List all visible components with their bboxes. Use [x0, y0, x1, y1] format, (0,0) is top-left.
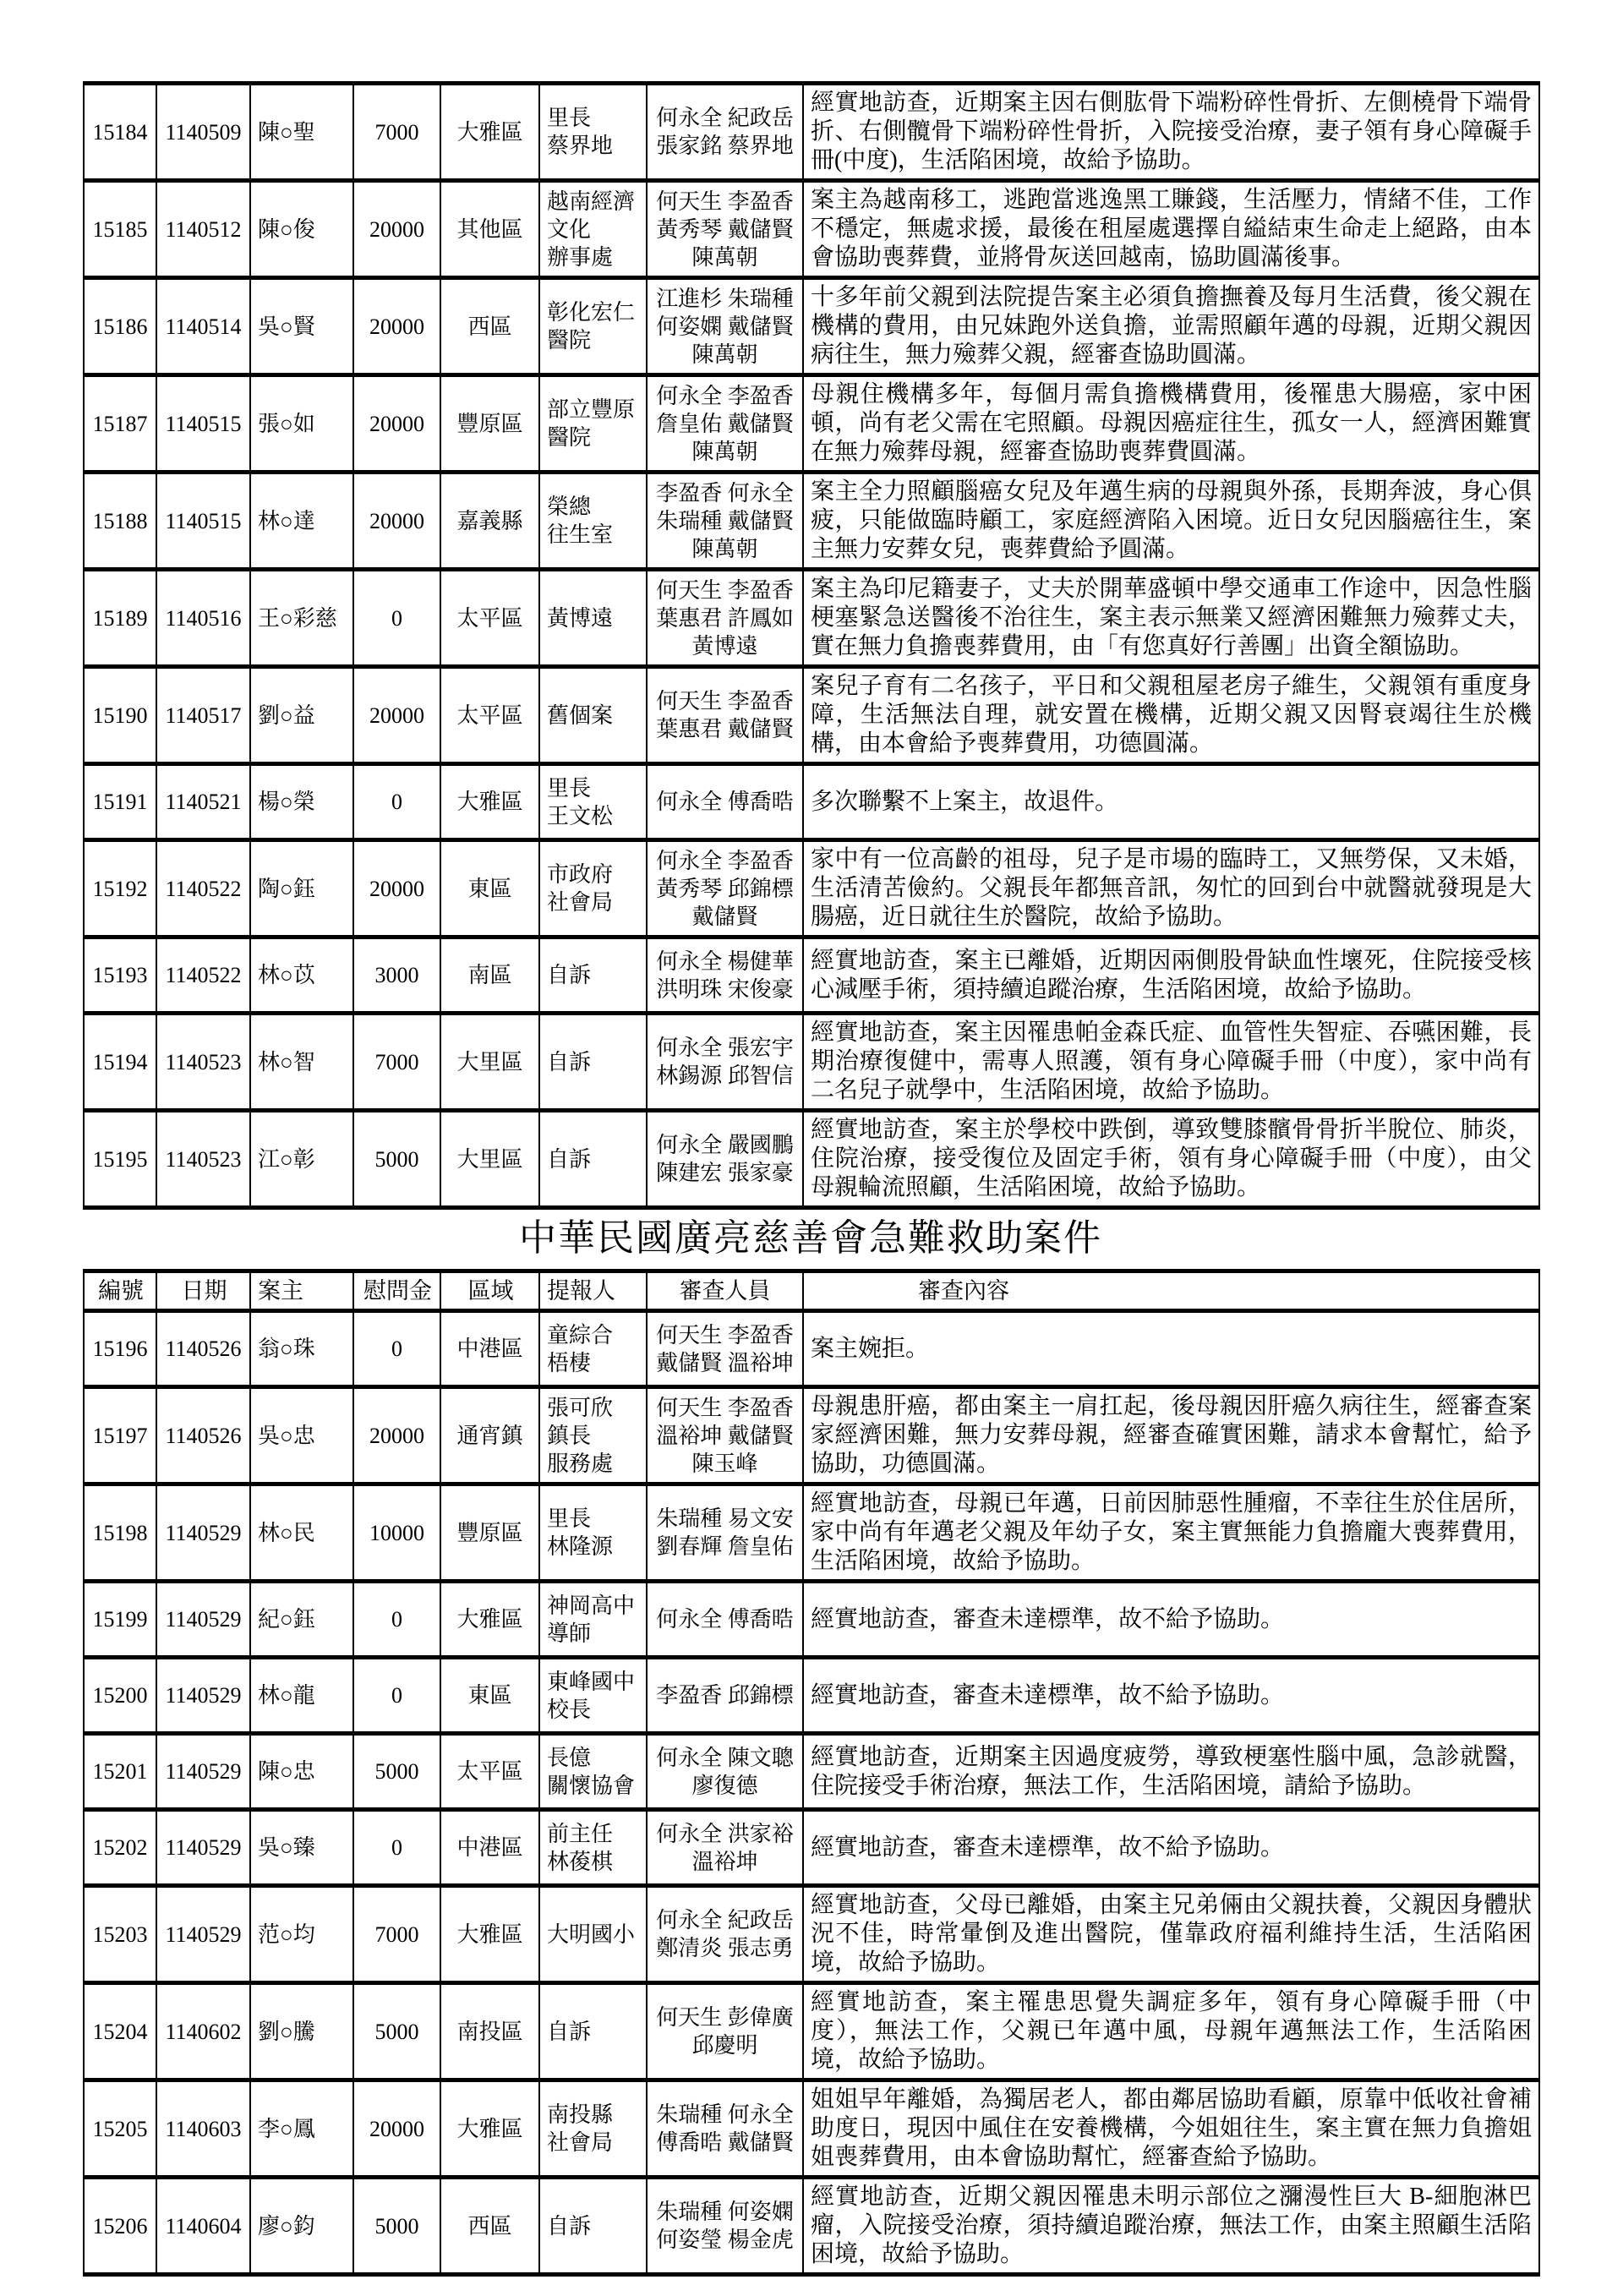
case-reviewers: 何天生 李盈香戴儲賢 溫裕坤: [647, 1311, 803, 1387]
case-region: 豐原區: [440, 1484, 539, 1582]
case-date: 1140515: [156, 473, 250, 570]
case-reporter: 榮總往生室: [539, 473, 647, 570]
case-content: 經實地訪查，審查未達標準，故不給予協助。: [803, 1658, 1539, 1734]
case-date: 1140529: [156, 1734, 250, 1810]
case-name: 陳○俊: [250, 181, 353, 278]
case-id: 15206: [84, 2178, 156, 2275]
case-reviewers: 何天生 李盈香葉惠君 許鳳如黃博遠: [647, 570, 803, 667]
case-date: 1140517: [156, 667, 250, 764]
case-region: 中港區: [440, 1810, 539, 1886]
page-title: 中華民國廣亮慈善會急難救助案件: [83, 1216, 1538, 1260]
case-id: 15205: [84, 2080, 156, 2178]
case-content: 經實地訪查，近期案主因右側肱骨下端粉碎性骨折、左側橈骨下端骨折、右側髖骨下端粉碎…: [803, 84, 1539, 181]
case-reviewers: 何天生 李盈香葉惠君 戴儲賢: [647, 667, 803, 764]
column-header-region: 區域: [440, 1271, 539, 1311]
case-name: 林○民: [250, 1484, 353, 1582]
case-name: 林○苡: [250, 938, 353, 1014]
case-region: 大雅區: [440, 2080, 539, 2178]
case-date: 1140516: [156, 570, 250, 667]
case-reviewers: 何天生 李盈香黃秀琴 戴儲賢陳萬朝: [647, 181, 803, 278]
case-region: 東區: [440, 1658, 539, 1734]
case-region: 南投區: [440, 1983, 539, 2080]
case-id: 15194: [84, 1014, 156, 1111]
case-reviewers: 李盈香 何永全朱瑞種 戴儲賢陳萬朝: [647, 473, 803, 570]
case-content: 姐姐早年離婚，為獨居老人，都由鄰居協助看顧，原靠中低收社會補助度日，現因中風住在…: [803, 2080, 1539, 2178]
case-region: 大雅區: [440, 1582, 539, 1658]
case-date: 1140603: [156, 2080, 250, 2178]
case-date: 1140529: [156, 1484, 250, 1582]
case-reporter: 東峰國中校長: [539, 1658, 647, 1734]
case-content: 案主為印尼籍妻子，丈夫於開華盛頓中學交通車工作途中，因急性腦梗塞緊急送醫後不治往…: [803, 570, 1539, 667]
case-reviewers: 何永全 紀政岳張家銘 蔡界地: [647, 84, 803, 181]
case-name: 王○彩慈: [250, 570, 353, 667]
case-amount: 3000: [353, 938, 440, 1014]
table-row: 151841140509陳○聖7000大雅區里長蔡界地何永全 紀政岳張家銘 蔡界…: [84, 84, 1539, 181]
case-name: 劉○益: [250, 667, 353, 764]
case-date: 1140529: [156, 1582, 250, 1658]
case-id: 15197: [84, 1387, 156, 1484]
case-region: 大雅區: [440, 1886, 539, 1983]
case-region: 西區: [440, 278, 539, 375]
case-date: 1140523: [156, 1111, 250, 1208]
case-name: 紀○鈺: [250, 1582, 353, 1658]
case-id: 15204: [84, 1983, 156, 2080]
relief-table-continued: 151841140509陳○聖7000大雅區里長蔡界地何永全 紀政岳張家銘 蔡界…: [83, 81, 1540, 1210]
case-date: 1140521: [156, 764, 250, 840]
case-reporter: 里長王文松: [539, 764, 647, 840]
case-id: 15203: [84, 1886, 156, 1983]
case-region: 其他區: [440, 181, 539, 278]
table-row: 151851140512陳○俊20000其他區越南經濟文化辦事處何天生 李盈香黃…: [84, 181, 1539, 278]
case-name: 林○達: [250, 473, 353, 570]
table-row: 151861140514吳○賢20000西區彰化宏仁醫院江進杉 朱瑞種何姿嫻 戴…: [84, 278, 1539, 375]
case-amount: 20000: [353, 840, 440, 938]
case-name: 江○彰: [250, 1111, 353, 1208]
table-row: 151871140515張○如20000豐原區部立豐原醫院何永全 李盈香詹皇佑 …: [84, 375, 1539, 473]
column-header-amount: 慰問金: [353, 1271, 440, 1311]
case-reviewers: 江進杉 朱瑞種何姿嫻 戴儲賢陳萬朝: [647, 278, 803, 375]
column-header-reviewers: 審查人員: [647, 1271, 803, 1311]
column-header-date: 日期: [156, 1271, 250, 1311]
case-region: 太平區: [440, 1734, 539, 1810]
case-date: 1140526: [156, 1311, 250, 1387]
case-region: 太平區: [440, 570, 539, 667]
case-name: 廖○鈞: [250, 2178, 353, 2275]
table-row: 152041140602劉○騰5000南投區自訴何天生 彭偉廣邱慶明經實地訪查，…: [84, 1983, 1539, 2080]
table-row: 152021140529吳○臻0中港區前主任林葰棋何永全 洪家裕溫裕坤經實地訪查…: [84, 1810, 1539, 1886]
case-id: 15189: [84, 570, 156, 667]
case-name: 吳○賢: [250, 278, 353, 375]
case-reviewers: 何永全 洪家裕溫裕坤: [647, 1810, 803, 1886]
case-amount: 5000: [353, 1111, 440, 1208]
relief-table: 編號 日期 案主 慰問金 區域 提報人 審查人員 審查內容 1519611405…: [83, 1269, 1540, 2277]
case-reviewers: 何永全 傅喬晧: [647, 764, 803, 840]
table-row: 151961140526翁○珠0中港區童綜合梧棲何天生 李盈香戴儲賢 溫裕坤案主…: [84, 1311, 1539, 1387]
case-region: 通宵鎮: [440, 1387, 539, 1484]
case-name: 范○均: [250, 1886, 353, 1983]
case-date: 1140529: [156, 1810, 250, 1886]
case-reporter: 自訴: [539, 1111, 647, 1208]
case-reviewers: 何天生 李盈香溫裕坤 戴儲賢陳玉峰: [647, 1387, 803, 1484]
column-header-content: 審查內容: [803, 1271, 1539, 1311]
case-date: 1140529: [156, 1658, 250, 1734]
case-amount: 20000: [353, 1387, 440, 1484]
case-amount: 0: [353, 1311, 440, 1387]
case-reporter: 長億關懷協會: [539, 1734, 647, 1810]
case-region: 大里區: [440, 1014, 539, 1111]
table-row: 152051140603李○鳳20000大雅區南投縣社會局朱瑞種 何永全傅喬晧 …: [84, 2080, 1539, 2178]
case-date: 1140514: [156, 278, 250, 375]
case-id: 15199: [84, 1582, 156, 1658]
case-content: 經實地訪查，案主已離婚，近期因兩側股骨缺血性壞死，住院接受核心減壓手術，須持續追…: [803, 938, 1539, 1014]
case-name: 張○如: [250, 375, 353, 473]
case-reviewers: 何永全 張宏宇林錫源 邱智信: [647, 1014, 803, 1111]
case-amount: 20000: [353, 667, 440, 764]
case-region: 豐原區: [440, 375, 539, 473]
case-content: 十多年前父親到法院提告案主必須負擔撫養及每月生活費，後父親在機構的費用，由兄妹跑…: [803, 278, 1539, 375]
case-id: 15196: [84, 1311, 156, 1387]
case-id: 15187: [84, 375, 156, 473]
case-content: 經實地訪查，近期父親因罹患未明示部位之瀰漫性巨大 B-細胞淋巴瘤，入院接受治療，…: [803, 2178, 1539, 2275]
case-reviewers: 何天生 彭偉廣邱慶明: [647, 1983, 803, 2080]
case-amount: 0: [353, 1658, 440, 1734]
document-page: 151841140509陳○聖7000大雅區里長蔡界地何永全 紀政岳張家銘 蔡界…: [83, 81, 1538, 2277]
case-amount: 5000: [353, 1734, 440, 1810]
case-reviewers: 何永全 李盈香黃秀琴 邱錦標戴儲賢: [647, 840, 803, 938]
case-content: 經實地訪查，案主罹患思覺失調症多年，領有身心障礙手冊（中度），無法工作，父親已年…: [803, 1983, 1539, 2080]
case-amount: 20000: [353, 2080, 440, 2178]
case-reporter: 舊個案: [539, 667, 647, 764]
case-reporter: 張可欣鎮長服務處: [539, 1387, 647, 1484]
case-date: 1140522: [156, 840, 250, 938]
case-id: 15198: [84, 1484, 156, 1582]
case-date: 1140509: [156, 84, 250, 181]
case-region: 太平區: [440, 667, 539, 764]
case-name: 陳○忠: [250, 1734, 353, 1810]
case-date: 1140512: [156, 181, 250, 278]
case-name: 林○龍: [250, 1658, 353, 1734]
table-row: 151951140523江○彰5000大里區自訴何永全 嚴國鵬陳建宏 張家豪經實…: [84, 1111, 1539, 1208]
table-header-row: 編號 日期 案主 慰問金 區域 提報人 審查人員 審查內容: [84, 1271, 1539, 1311]
case-date: 1140602: [156, 1983, 250, 2080]
case-amount: 5000: [353, 2178, 440, 2275]
table-row: 152061140604廖○鈞5000西區自訴朱瑞種 何姿嫻何姿瑩 楊金虎經實地…: [84, 2178, 1539, 2275]
case-amount: 20000: [353, 278, 440, 375]
case-content: 案主婉拒。: [803, 1311, 1539, 1387]
case-reporter: 越南經濟文化辦事處: [539, 181, 647, 278]
case-reporter: 黃博遠: [539, 570, 647, 667]
column-header-reporter: 提報人: [539, 1271, 647, 1311]
case-date: 1140526: [156, 1387, 250, 1484]
table-row: 152031140529范○均7000大雅區大明國小何永全 紀政岳鄭清炎 張志勇…: [84, 1886, 1539, 1983]
case-reporter: 童綜合梧棲: [539, 1311, 647, 1387]
case-date: 1140515: [156, 375, 250, 473]
case-id: 15186: [84, 278, 156, 375]
case-amount: 20000: [353, 181, 440, 278]
case-region: 大里區: [440, 1111, 539, 1208]
case-region: 嘉義縣: [440, 473, 539, 570]
case-amount: 7000: [353, 1886, 440, 1983]
case-reviewers: 朱瑞種 何姿嫻何姿瑩 楊金虎: [647, 2178, 803, 2275]
case-content: 經實地訪查，案主因罹患帕金森氏症、血管性失智症、吞嚥困難，長期治療復健中，需專人…: [803, 1014, 1539, 1111]
case-id: 15193: [84, 938, 156, 1014]
table-row: 151881140515林○達20000嘉義縣榮總往生室李盈香 何永全朱瑞種 戴…: [84, 473, 1539, 570]
table-row: 151941140523林○智7000大里區自訴何永全 張宏宇林錫源 邱智信經實…: [84, 1014, 1539, 1111]
case-id: 15202: [84, 1810, 156, 1886]
case-content: 經實地訪查，近期案主因過度疲勞，導致梗塞性腦中風，急診就醫，住院接受手術治療，無…: [803, 1734, 1539, 1810]
case-id: 15184: [84, 84, 156, 181]
case-name: 吳○臻: [250, 1810, 353, 1886]
case-date: 1140522: [156, 938, 250, 1014]
case-date: 1140523: [156, 1014, 250, 1111]
case-content: 案主為越南移工，逃跑當逃逸黑工賺錢，生活壓力，情緒不佳，工作不穩定，無處求援，最…: [803, 181, 1539, 278]
case-amount: 20000: [353, 375, 440, 473]
case-reporter: 前主任林葰棋: [539, 1810, 647, 1886]
case-amount: 0: [353, 764, 440, 840]
table-row: 152001140529林○龍0東區東峰國中校長李盈香 邱錦標經實地訪查，審查未…: [84, 1658, 1539, 1734]
case-id: 15200: [84, 1658, 156, 1734]
case-date: 1140529: [156, 1886, 250, 1983]
case-amount: 7000: [353, 84, 440, 181]
column-header-name: 案主: [250, 1271, 353, 1311]
case-region: 大雅區: [440, 764, 539, 840]
case-reviewers: 何永全 陳文聰廖復德: [647, 1734, 803, 1810]
case-reporter: 里長林隆源: [539, 1484, 647, 1582]
case-reviewers: 何永全 嚴國鵬陳建宏 張家豪: [647, 1111, 803, 1208]
case-amount: 0: [353, 1810, 440, 1886]
case-region: 東區: [440, 840, 539, 938]
case-name: 陶○鈺: [250, 840, 353, 938]
case-reviewers: 何永全 傅喬晧: [647, 1582, 803, 1658]
case-name: 楊○榮: [250, 764, 353, 840]
case-amount: 5000: [353, 1983, 440, 2080]
case-reviewers: 何永全 李盈香詹皇佑 戴儲賢陳萬朝: [647, 375, 803, 473]
case-reporter: 里長蔡界地: [539, 84, 647, 181]
case-region: 南區: [440, 938, 539, 1014]
case-amount: 10000: [353, 1484, 440, 1582]
case-reporter: 自訴: [539, 1983, 647, 2080]
table-row: 151901140517劉○益20000太平區舊個案何天生 李盈香葉惠君 戴儲賢…: [84, 667, 1539, 764]
case-region: 西區: [440, 2178, 539, 2275]
case-reporter: 南投縣社會局: [539, 2080, 647, 2178]
case-id: 15191: [84, 764, 156, 840]
case-content: 母親患肝癌，都由案主一肩扛起，後母親因肝癌久病往生，經審查案家經濟困難，無力安葬…: [803, 1387, 1539, 1484]
table-row: 151911140521楊○榮0大雅區里長王文松何永全 傅喬晧多次聯繫不上案主，…: [84, 764, 1539, 840]
case-region: 大雅區: [440, 84, 539, 181]
case-id: 15195: [84, 1111, 156, 1208]
case-reviewers: 何永全 紀政岳鄭清炎 張志勇: [647, 1886, 803, 1983]
case-reviewers: 何永全 楊健華洪明珠 宋俊豪: [647, 938, 803, 1014]
case-amount: 0: [353, 570, 440, 667]
case-content: 經實地訪查，母親已年邁，日前因肺惡性腫瘤，不幸往生於住居所，家中尚有年邁老父親及…: [803, 1484, 1539, 1582]
case-id: 15188: [84, 473, 156, 570]
case-name: 陳○聖: [250, 84, 353, 181]
case-reporter: 自訴: [539, 2178, 647, 2275]
table-row: 152011140529陳○忠5000太平區長億關懷協會何永全 陳文聰廖復德經實…: [84, 1734, 1539, 1810]
table-row: 151931140522林○苡3000南區自訴何永全 楊健華洪明珠 宋俊豪經實地…: [84, 938, 1539, 1014]
case-content: 經實地訪查，案主於學校中跌倒，導致雙膝髕骨骨折半脫位、肺炎，住院治療，接受復位及…: [803, 1111, 1539, 1208]
case-content: 經實地訪查，父母已離婚，由案主兄弟倆由父親扶養，父親因身體狀況不佳，時常暈倒及進…: [803, 1886, 1539, 1983]
case-region: 中港區: [440, 1311, 539, 1387]
case-name: 李○鳳: [250, 2080, 353, 2178]
case-name: 吳○忠: [250, 1387, 353, 1484]
case-amount: 20000: [353, 473, 440, 570]
case-reviewers: 李盈香 邱錦標: [647, 1658, 803, 1734]
case-reviewers: 朱瑞種 何永全傅喬晧 戴儲賢: [647, 2080, 803, 2178]
case-name: 劉○騰: [250, 1983, 353, 2080]
case-id: 15190: [84, 667, 156, 764]
table-row: 151971140526吳○忠20000通宵鎮張可欣鎮長服務處何天生 李盈香溫裕…: [84, 1387, 1539, 1484]
case-content: 經實地訪查，審查未達標準，故不給予協助。: [803, 1582, 1539, 1658]
case-reporter: 神岡高中導師: [539, 1582, 647, 1658]
case-content: 母親住機構多年，每個月需負擔機構費用，後罹患大腸癌，家中困頓，尚有老父需在宅照顧…: [803, 375, 1539, 473]
table-row: 151991140529紀○鈺0大雅區神岡高中導師何永全 傅喬晧經實地訪查，審查…: [84, 1582, 1539, 1658]
case-date: 1140604: [156, 2178, 250, 2275]
case-content: 經實地訪查，審查未達標準，故不給予協助。: [803, 1810, 1539, 1886]
column-header-id: 編號: [84, 1271, 156, 1311]
case-reporter: 部立豐原醫院: [539, 375, 647, 473]
case-content: 案主全力照顧腦癌女兒及年邁生病的母親與外孫，長期奔波，身心俱疲，只能做臨時顧工，…: [803, 473, 1539, 570]
case-content: 家中有一位高齡的祖母，兒子是市場的臨時工，又無勞保，又未婚，生活清苦儉約。父親長…: [803, 840, 1539, 938]
case-content: 多次聯繫不上案主，故退件。: [803, 764, 1539, 840]
case-id: 15201: [84, 1734, 156, 1810]
case-id: 15185: [84, 181, 156, 278]
case-content: 案兒子育有二名孩子，平日和父親租屋老房子維生，父親領有重度身障，生活無法自理，就…: [803, 667, 1539, 764]
table-row: 151891140516王○彩慈0太平區黃博遠何天生 李盈香葉惠君 許鳳如黃博遠…: [84, 570, 1539, 667]
case-amount: 0: [353, 1582, 440, 1658]
table-row: 151981140529林○民10000豐原區里長林隆源朱瑞種 易文安劉春輝 詹…: [84, 1484, 1539, 1582]
table-row: 151921140522陶○鈺20000東區市政府社會局何永全 李盈香黃秀琴 邱…: [84, 840, 1539, 938]
case-reporter: 市政府社會局: [539, 840, 647, 938]
case-reporter: 自訴: [539, 1014, 647, 1111]
case-name: 翁○珠: [250, 1311, 353, 1387]
case-amount: 7000: [353, 1014, 440, 1111]
case-name: 林○智: [250, 1014, 353, 1111]
case-id: 15192: [84, 840, 156, 938]
case-reviewers: 朱瑞種 易文安劉春輝 詹皇佑: [647, 1484, 803, 1582]
case-reporter: 彰化宏仁醫院: [539, 278, 647, 375]
case-reporter: 大明國小: [539, 1886, 647, 1983]
case-reporter: 自訴: [539, 938, 647, 1014]
